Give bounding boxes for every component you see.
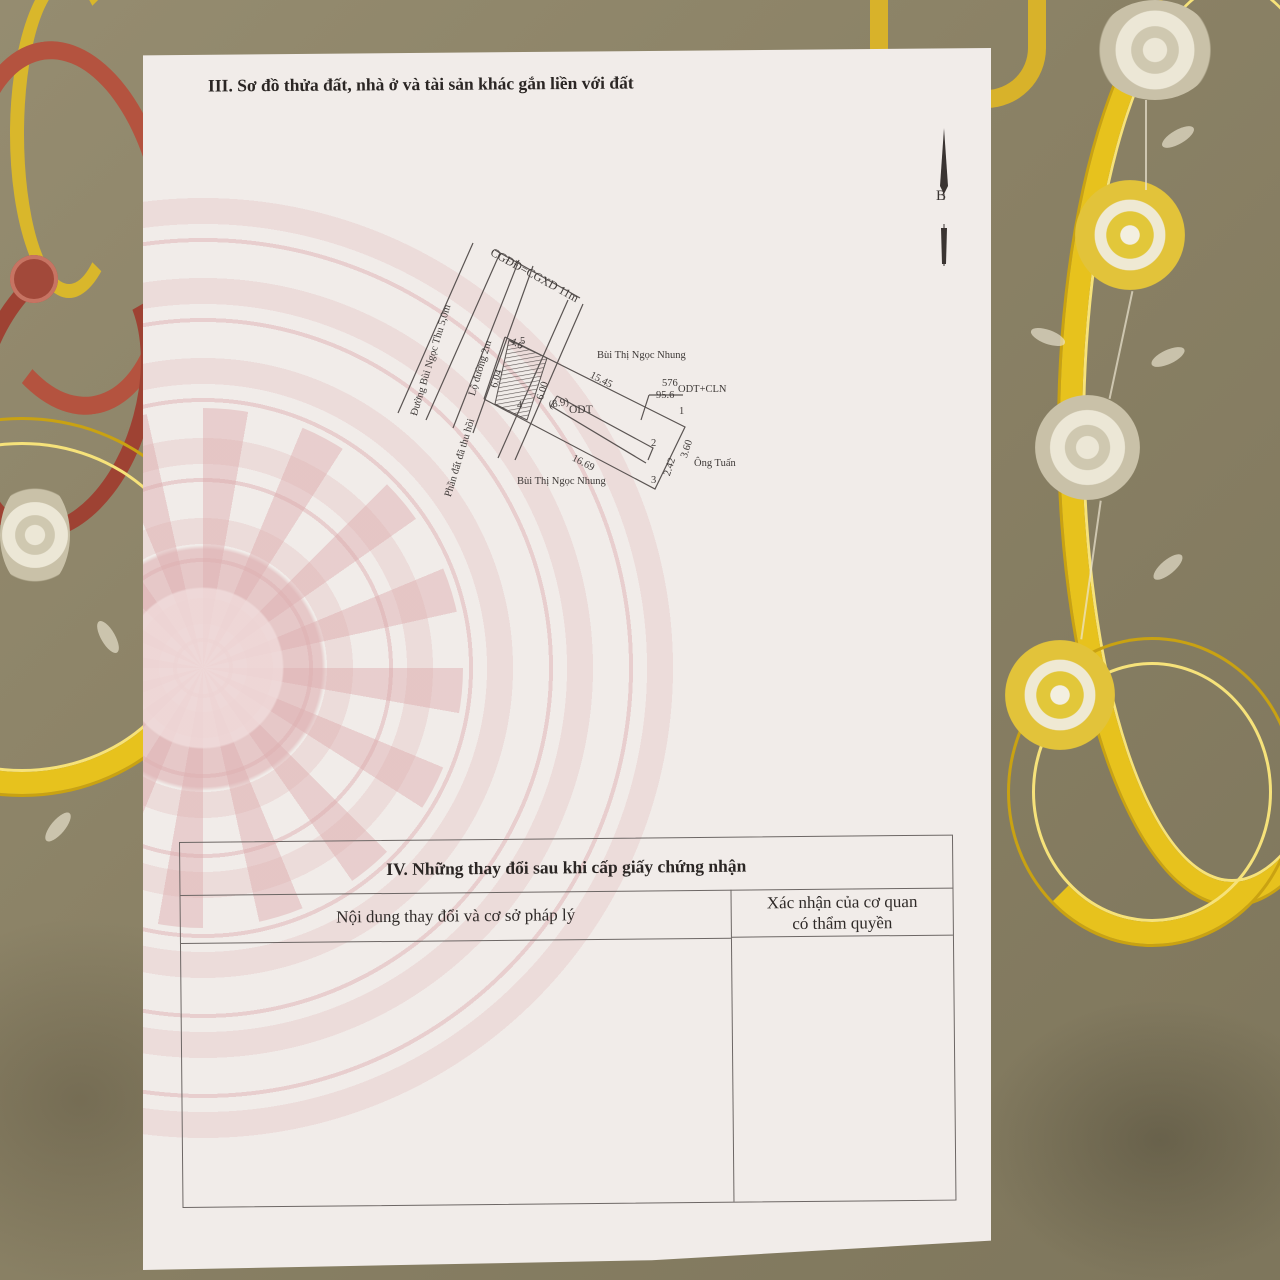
ribbon-knot-decoration [10, 255, 58, 303]
rose-embroidery-icon [0, 480, 70, 590]
rose-embroidery-icon [1005, 640, 1115, 750]
neighbor-east-label: Ông Tuấn [694, 458, 736, 469]
neighbor-north-label: Bùi Thị Ngọc Nhung [597, 350, 686, 361]
vertex-label: 3 [651, 475, 656, 486]
changes-table: IV. Những thay đổi sau khi cấp giấy chứn… [179, 835, 956, 1208]
vertex-label: 4 [517, 400, 522, 411]
parcel-number-label: 576 [662, 378, 678, 389]
rose-embroidery-icon [1075, 180, 1185, 290]
column-header-line: Xác nhận của cơ quan [732, 891, 953, 914]
vertex-label: 5 [520, 336, 525, 347]
section-iv-title: IV. Những thay đổi sau khi cấp giấy chứn… [180, 836, 952, 896]
column-header-authority-confirmation: Xác nhận của cơ quan có thẩm quyền [731, 888, 952, 938]
rose-embroidery-icon [1095, 0, 1215, 100]
vertex-label: 2 [651, 438, 656, 449]
certificate-page: III. Sơ đồ thửa đất, nhà ở và tài sản kh… [143, 48, 991, 1270]
vertex-label: 1 [679, 406, 684, 417]
plot-plan-diagram [143, 48, 991, 648]
neighbor-south-label: Bùi Thị Ngọc Nhung [517, 476, 606, 487]
land-use-main-label: ODT [569, 404, 593, 416]
column-header-line: có thẩm quyền [732, 912, 953, 935]
authority-confirmation-cell [732, 937, 956, 1202]
rose-embroidery-icon [1035, 395, 1140, 500]
parcel-land-use-label: ODT+CLN [678, 384, 727, 395]
stem-decoration [1145, 100, 1147, 190]
change-content-cell [181, 939, 734, 1207]
column-header-change-content: Nội dung thay đổi và cơ sở pháp lý [181, 890, 732, 944]
parcel-area-label: 95.6 [656, 390, 674, 401]
